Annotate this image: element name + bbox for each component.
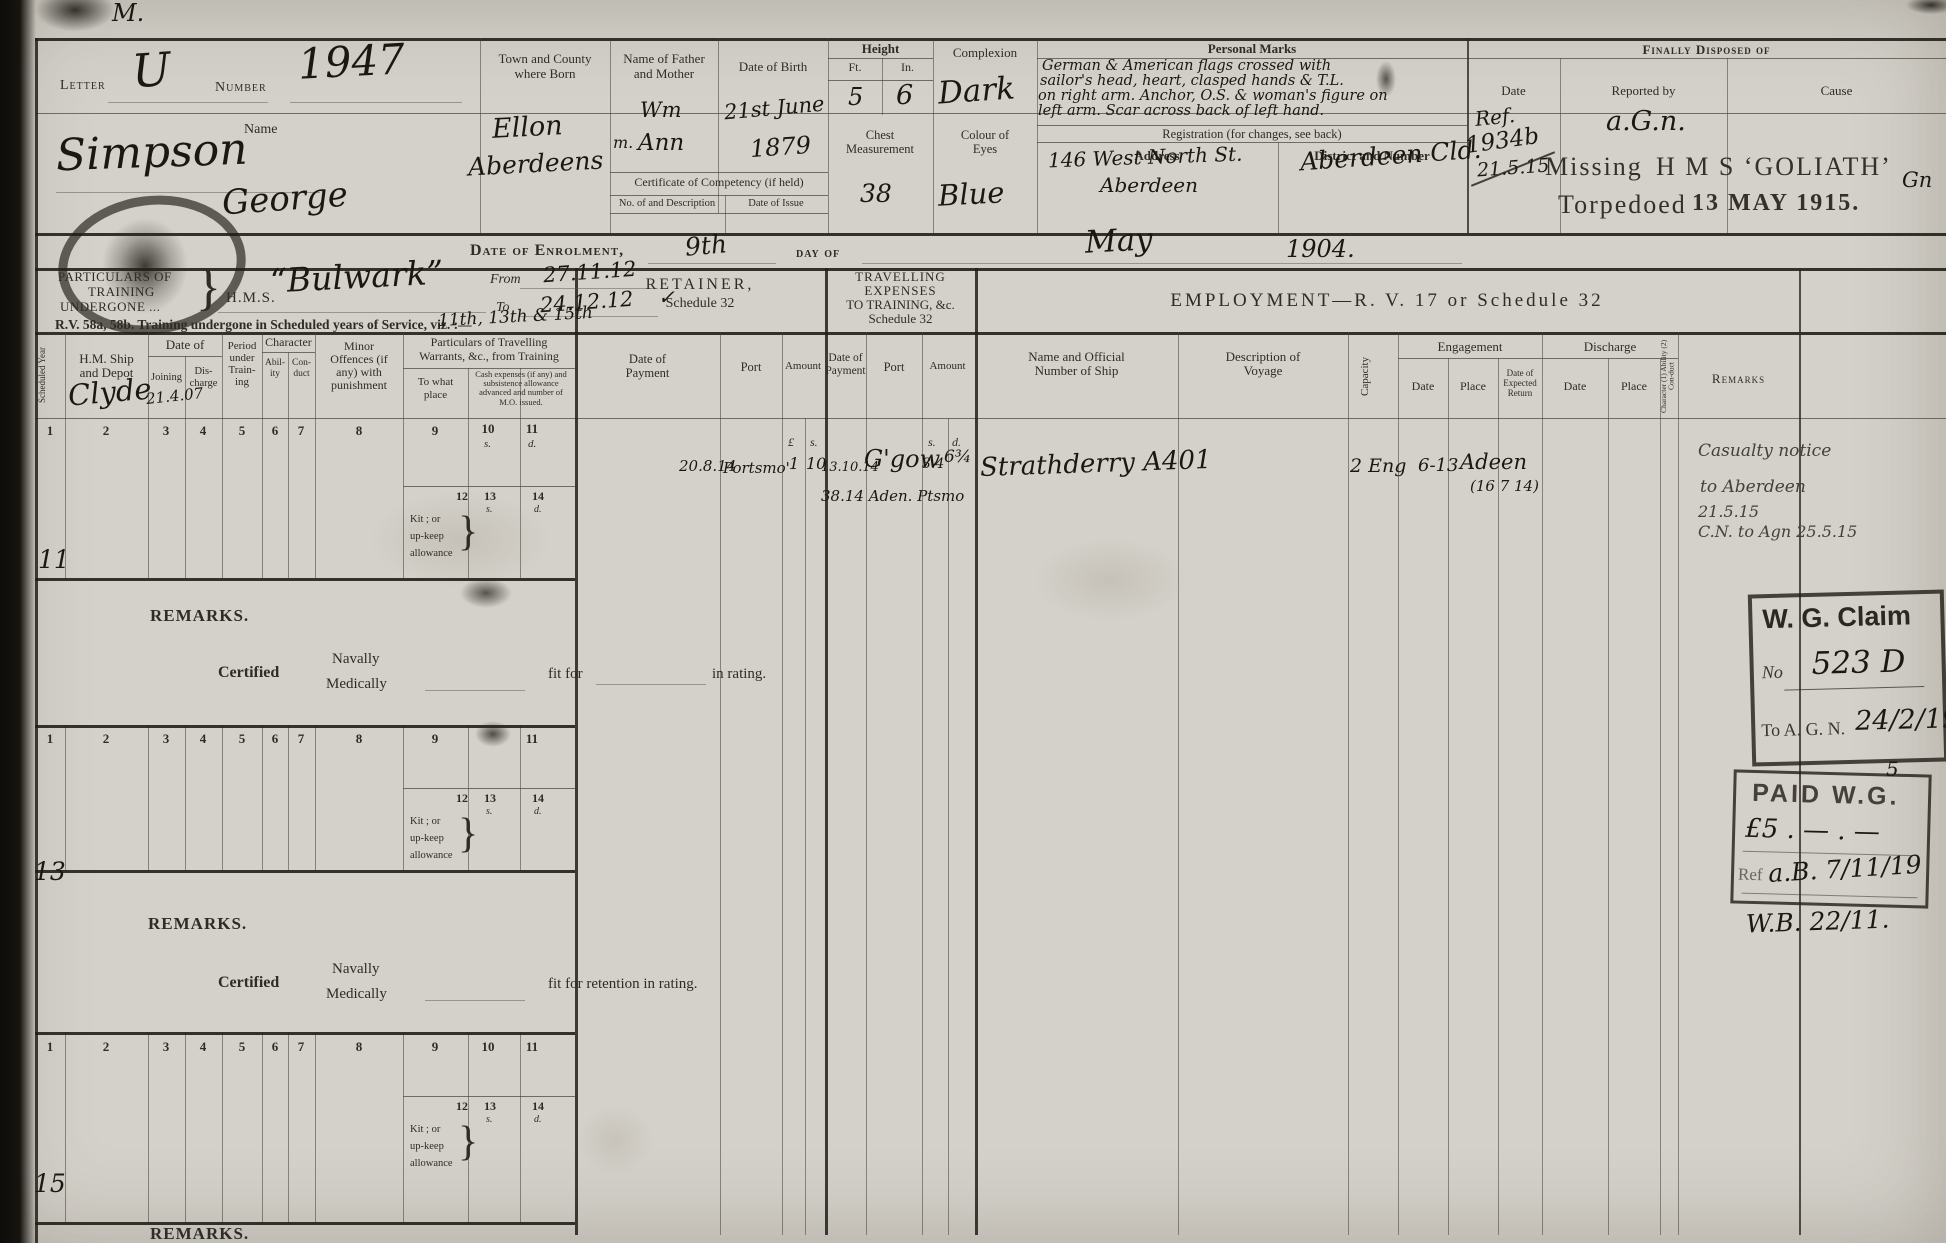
training-particulars: UNDERGONE ... [60, 300, 160, 315]
rule-v [805, 418, 806, 1235]
disposed-cause-label: Cause [1727, 84, 1946, 99]
col-conduct: Con- [288, 358, 315, 369]
col-cash-expenses: Cash expenses (if any) and subsistence a… [470, 370, 572, 407]
col-num: 6 [265, 1040, 285, 1055]
joining-value: 21.4.07 [145, 385, 204, 408]
col-period: Period [222, 340, 262, 353]
rule-h [108, 102, 268, 103]
paid-below-note: W.B. 22/11. [1746, 906, 1890, 940]
rule-v [933, 38, 934, 233]
rule-h [35, 725, 575, 728]
col-tr-amount: Amount [920, 360, 975, 373]
kit-label: Kit ; or [410, 816, 440, 828]
forename-value: George [221, 176, 349, 224]
unit-s: s. [484, 438, 491, 451]
col-discharge: Dis- [185, 366, 222, 378]
cause-date: 13 MAY 1915. [1692, 190, 1860, 218]
col-period: Train- [222, 364, 262, 377]
col-joining: Joining [146, 372, 187, 384]
depot-value: Clyde [67, 372, 153, 413]
unit-s: s. [810, 436, 818, 450]
kit-label: allowance [410, 1158, 453, 1170]
rule-v [975, 268, 978, 1235]
letter-label: Letter [60, 78, 106, 94]
col-ret-pay: Date of [575, 352, 720, 366]
disposed-signature: Gn [1902, 168, 1932, 192]
remark-casualty: 21.5.15 [1698, 503, 1759, 521]
col-date-of: Date of [148, 338, 222, 353]
col-num: 9 [425, 732, 445, 747]
paid-title: PAID W.G. [1752, 779, 1900, 812]
kit-num-14: 14 [528, 490, 548, 504]
town-value-2: Aberdeens [467, 146, 604, 182]
rule-v [185, 725, 186, 870]
col-num: 3 [156, 424, 176, 439]
dob-label: Date of Birth [720, 60, 826, 75]
father-value: Wm [640, 98, 682, 122]
remarks-heading: REMARKS. [148, 914, 247, 934]
col-num: 5 [232, 1040, 252, 1055]
rule-h [648, 263, 776, 264]
capacity-value: 2 Eng [1350, 456, 1406, 478]
col-ret-pay: Payment [575, 366, 720, 380]
rule-h [1784, 686, 1924, 691]
address-value-2: Aberdeen [1100, 174, 1198, 197]
rule-h [1037, 125, 1467, 126]
col-num: 2 [96, 1040, 116, 1055]
height-ft-value: 5 [848, 84, 863, 112]
rule-v [825, 268, 828, 1235]
rule-h [403, 1096, 575, 1097]
kit-num-13: 13 [480, 792, 500, 806]
unit-d: d. [534, 504, 542, 516]
chest-value: 38 [860, 180, 892, 209]
rule-v [725, 195, 726, 233]
rule-v [65, 725, 66, 870]
town-label: Town and County [482, 52, 608, 67]
kit-label: allowance [410, 548, 453, 560]
unit-s: s. [486, 1114, 492, 1126]
kit-label: up-keep [410, 833, 444, 845]
rule-v [1037, 38, 1038, 233]
eyes-value: Blue [937, 176, 1005, 213]
rule-v [288, 1032, 289, 1222]
rule-h [262, 352, 315, 353]
engagement-date: 6-13 [1418, 456, 1458, 477]
number-label: Number [215, 80, 267, 96]
kit-num-12: 12 [450, 490, 474, 504]
complexion-value: Dark [937, 71, 1016, 112]
cause-missing: Missing [1545, 152, 1643, 182]
kit-num-14: 14 [528, 1100, 548, 1114]
remarks-heading: REMARKS. [150, 1224, 249, 1243]
rv-value: 11th, 13th & 15th [438, 304, 594, 332]
record-page: M. [0, 0, 1946, 1243]
col-dis-character: Character (1) Ability (2) Con-duct [1660, 336, 1678, 416]
remarks-heading: REMARKS. [150, 606, 249, 626]
wg-claim-stamp: W. G. Claim No 523 D To A. G. N. 24/2/19 [1748, 589, 1946, 766]
employment-title: EMPLOYMENT—R. V. 17 or Schedule 32 [975, 290, 1799, 312]
rule-h [35, 578, 575, 581]
col-num: 7 [291, 1040, 311, 1055]
engagement-note: (16 7 14) [1470, 478, 1539, 495]
height-in-label: In. [882, 61, 933, 75]
address-value: 146 West North St. [1048, 143, 1243, 173]
rule-h [148, 356, 222, 357]
col-expected-return: Expected [1498, 378, 1542, 388]
rule-h [596, 684, 706, 685]
col-eng-date: Date [1398, 380, 1448, 394]
rule-v [575, 268, 578, 1235]
rule-v [262, 725, 263, 870]
kit-label: Kit ; or [410, 1124, 440, 1136]
claim-to-value: 24/2/19 [1855, 703, 1946, 737]
rule-v [1448, 358, 1449, 1235]
rule-v [222, 1032, 223, 1222]
kit-label: allowance [410, 850, 453, 862]
kit-brace: } [458, 810, 478, 858]
eyes-label: Eyes [935, 142, 1035, 156]
rv-text: R.V. 58a, 58b. Training undergone in Sch… [55, 317, 472, 333]
unit-s: s. [486, 504, 492, 516]
col-warrants: Particulars of Travelling [403, 336, 575, 350]
col-num: 4 [193, 1040, 213, 1055]
cause-ship: H M S ‘GOLIATH’ [1656, 152, 1892, 182]
col-period: ing [222, 376, 262, 389]
number-value: 1947 [297, 35, 406, 89]
in-rating-label: in rating. [712, 666, 766, 683]
rule-v [403, 725, 404, 870]
paid-ref-value: a.B. 7/11/19 [1767, 851, 1922, 889]
col-to-place: To what [403, 376, 468, 389]
dob-value: 21st June [723, 92, 825, 125]
ink-smudge [468, 716, 518, 752]
rule-h [403, 486, 575, 487]
rule-h [862, 263, 1462, 264]
col-num: 5 [232, 732, 252, 747]
rule-v [185, 1032, 186, 1222]
rule-v [35, 38, 38, 1243]
rule-h [35, 233, 1946, 236]
rule-v [148, 1032, 149, 1222]
col-num: 10 [478, 422, 498, 437]
paid-amount: £5 . — . — [1745, 815, 1880, 848]
rule-h [610, 172, 828, 173]
wg-claim-title: W. G. Claim [1762, 600, 1911, 635]
col-engagement: Engagement [1398, 340, 1542, 355]
corner-note: M. [112, 0, 144, 28]
rule-h [35, 870, 575, 873]
col-ability: ity [262, 369, 288, 380]
col-num: 3 [156, 1040, 176, 1055]
enrolment-year: 1904. [1286, 236, 1355, 264]
medically-label: Medically [326, 986, 387, 1003]
unit-d: d. [534, 806, 542, 818]
col-tr-pay: Date of [818, 352, 873, 365]
remark-casualty: to Aberdeen [1700, 478, 1806, 498]
col-num: 11 [522, 732, 542, 747]
brace-glyph: } [196, 258, 221, 318]
col-num: 10 [478, 1040, 498, 1055]
col-num: 6 [265, 732, 285, 747]
enrolment-month: May [1084, 222, 1154, 261]
rule-v [315, 725, 316, 870]
col-num: 1 [40, 732, 60, 747]
rule-v [520, 725, 521, 870]
col-num: 6 [265, 424, 285, 439]
registration-label: Registration (for changes, see back) [1082, 127, 1422, 141]
remark-casualty: Casualty notice [1698, 442, 1831, 462]
ink-smudge [1896, 0, 1946, 18]
col-remarks: Remarks [1678, 372, 1799, 387]
claim-no-label: No [1762, 662, 1784, 683]
kit-label: up-keep [410, 531, 444, 543]
rule-h [610, 195, 828, 196]
rule-v [262, 1032, 263, 1222]
col-to-place: place [403, 389, 468, 402]
height-in-value: 6 [896, 80, 913, 111]
competency-no-label: No. of and Description [612, 198, 722, 210]
rule-v [1608, 358, 1609, 1235]
rule-h [290, 102, 462, 103]
travel-pence: 6¾ [944, 448, 971, 468]
scheduled-year-value: 15 [34, 1170, 66, 1199]
kit-num-13: 13 [480, 490, 500, 504]
rule-v [948, 418, 949, 1235]
col-num: 2 [96, 424, 116, 439]
dob-year: 1879 [749, 132, 812, 164]
col-tr-pay: Payment [818, 365, 873, 378]
training-particulars: PARTICULARS OF [58, 270, 172, 285]
name-label: Name [244, 122, 277, 138]
disposed-reported-value: a.G.n. [1606, 106, 1686, 137]
unit-d: d. [534, 1114, 542, 1126]
unit-s: s. [486, 806, 492, 818]
kit-brace: } [458, 508, 478, 556]
hms-label: H.M.S. [226, 290, 276, 307]
col-ret-port: Port [720, 360, 782, 374]
marks-line: left arm. Scar across back of left hand. [1038, 103, 1324, 120]
travel-shillings: 3.4 [922, 456, 944, 472]
col-num: 8 [349, 732, 369, 747]
col-num: 1 [40, 424, 60, 439]
col-expected-return: Return [1498, 388, 1542, 398]
disposed-reported-label: Reported by [1560, 84, 1727, 99]
competency-date-label: Date of Issue [727, 198, 825, 210]
col-num: 7 [291, 424, 311, 439]
mother-value: Ann [638, 130, 684, 156]
paid-ref-label: Ref [1738, 865, 1763, 885]
col-period: under [222, 352, 262, 365]
chest-label: Measurement [830, 142, 930, 156]
enrolment-day: 9th [684, 230, 728, 262]
complexion-label: Complexion [935, 46, 1035, 61]
town-value: Ellon [491, 110, 563, 145]
disposed-date-label: Date [1467, 84, 1560, 99]
rule-v [315, 1032, 316, 1222]
parents-label: and Mother [612, 67, 716, 82]
training-ship: “Bulwark” [269, 253, 444, 300]
certified-label: Certified [218, 974, 279, 992]
rule-h [35, 1222, 575, 1225]
kit-num-12: 12 [450, 792, 474, 806]
fit-for-label: fit for [548, 666, 583, 683]
scheduled-year-value: 13 [34, 858, 66, 887]
rule-h [425, 690, 525, 691]
col-num: 5 [232, 424, 252, 439]
rule-v [148, 725, 149, 870]
scheduled-year-value: 11 [38, 546, 70, 575]
rule-h [828, 80, 933, 81]
rule-v [403, 1032, 404, 1222]
kit-num-14: 14 [528, 792, 548, 806]
marks-label: Personal Marks [1082, 42, 1422, 57]
rule-v [148, 332, 149, 578]
claim-to-label: To A. G. N. [1761, 718, 1845, 741]
rule-v [480, 38, 481, 233]
navally-label: Navally [332, 961, 379, 978]
fit-retention-label: fit for retention in rating. [548, 976, 698, 993]
col-capacity: Capacity [1360, 338, 1386, 414]
col-ability: Abil- [262, 358, 288, 369]
travel-title: Schedule 32 [828, 312, 973, 327]
rule-v [1678, 332, 1679, 1235]
kit-num-12: 12 [450, 1100, 474, 1114]
rule-h [1742, 893, 1918, 899]
col-eng-place: Place [1448, 380, 1498, 394]
col-num: 1 [40, 1040, 60, 1055]
rule-v [222, 725, 223, 870]
col-num: 8 [349, 424, 369, 439]
col-warrants: Warrants, &c., from Training [403, 350, 575, 364]
col-scheduled-year: Scheduled Year [38, 336, 62, 414]
rule-h [610, 213, 828, 214]
height-ft-label: Ft. [828, 61, 882, 75]
kit-label: Kit ; or [410, 514, 440, 526]
enrolment-label: Date of Enrolment, [470, 242, 624, 260]
claim-no-value: 523 D [1811, 644, 1906, 682]
col-conduct: duct [288, 369, 315, 380]
col-num: 11 [522, 1040, 542, 1055]
competency-label: Certificate of Competency (if held) [612, 176, 826, 190]
col-num: 11 [522, 422, 542, 437]
col-dis-place: Place [1608, 380, 1660, 394]
retainer-pounds: 1 [789, 455, 799, 473]
from-label: From [490, 272, 521, 288]
paper-stain [1000, 520, 1220, 640]
col-voyage: Voyage [1178, 364, 1348, 379]
rule-v [1542, 332, 1543, 1235]
kit-label: up-keep [410, 1141, 444, 1153]
col-num: 9 [425, 424, 445, 439]
col-character: Character [262, 336, 315, 350]
rule-v [1278, 142, 1279, 233]
rule-v [288, 725, 289, 870]
paid-wg-stamp: PAID W.G. £5 . — . — Ref a.B. 7/11/19 [1730, 769, 1931, 908]
col-num: 3 [156, 732, 176, 747]
cause-torpedoed: Torpedoed [1558, 190, 1687, 220]
kit-brace: } [458, 1118, 478, 1166]
rule-v [288, 352, 289, 578]
binding-edge [0, 0, 36, 1243]
unit-pound: £ [788, 436, 794, 450]
surname-value: Simpson [55, 125, 248, 182]
rule-v [610, 38, 611, 233]
col-num: 9 [425, 1040, 445, 1055]
rule-h [828, 58, 933, 59]
certified-label: Certified [218, 664, 279, 682]
col-expected-return: Date of [1498, 368, 1542, 378]
rule-h [35, 1032, 575, 1035]
disposed-title: Finally Disposed of [1467, 43, 1946, 58]
col-num: 4 [193, 424, 213, 439]
col-minor-offences: punishment [315, 379, 403, 393]
enrolment-day-of: day of [796, 246, 840, 262]
rule-v [520, 1032, 521, 1222]
unit-d: d. [528, 438, 536, 451]
col-num: 2 [96, 732, 116, 747]
col-num: 4 [193, 732, 213, 747]
col-dis-date: Date [1542, 380, 1608, 394]
col-num: 7 [291, 732, 311, 747]
remark-casualty: C.N. to Agn 25.5.15 [1698, 523, 1857, 541]
height-label: Height [828, 42, 933, 57]
kit-num-13: 13 [480, 1100, 500, 1114]
rule-h [425, 1000, 525, 1001]
retainer-title: RETAINER, [590, 276, 810, 294]
engagement-place: Adeen [1460, 450, 1527, 474]
medically-label: Medically [326, 676, 387, 693]
letter-value: U [130, 43, 172, 98]
parents-label: Name of Father [612, 52, 716, 67]
retainer-subtitle: Schedule 32 [590, 296, 810, 312]
travel-line2: 38.14 Aden. Ptsmo [821, 488, 964, 505]
col-ship-number: Number of Ship [975, 364, 1178, 379]
rule-v [1348, 332, 1349, 1235]
town-label: where Born [482, 67, 608, 82]
col-num: 8 [349, 1040, 369, 1055]
rule-h [403, 788, 575, 789]
col-discharge-group: Discharge [1542, 340, 1678, 355]
eyes-label: Colour of [935, 128, 1035, 142]
rule-v [1660, 358, 1661, 1235]
training-particulars: TRAINING [88, 285, 155, 300]
marriage-m: m. [613, 134, 633, 152]
retainer-port: Portsmo' [723, 460, 790, 477]
chest-label: Chest [830, 128, 930, 142]
col-tr-port: Port [866, 360, 922, 374]
rule-h [1398, 358, 1678, 359]
navally-label: Navally [332, 651, 379, 668]
